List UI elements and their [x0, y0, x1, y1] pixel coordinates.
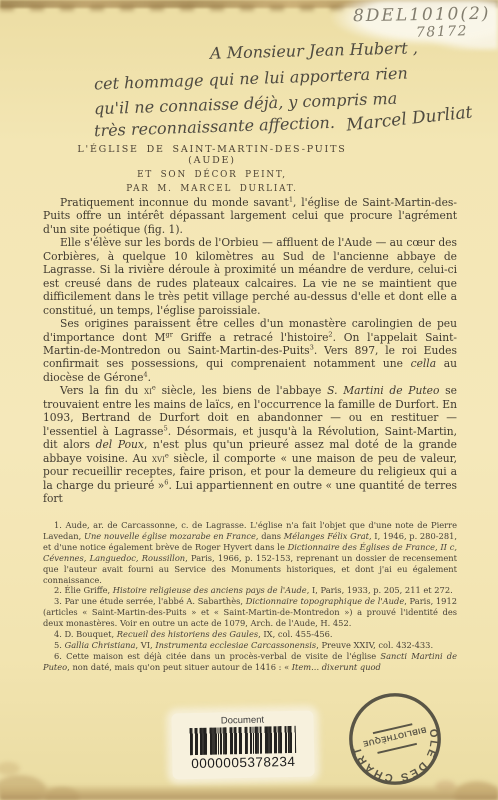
footnote: 3. Par une étude serrée, l'abbé A. Sabar… [43, 596, 457, 629]
shelfmark-line1: 8DEL1010(2) [352, 4, 490, 26]
body-paragraph: Ses origines paraissent être celles d'un… [43, 317, 457, 384]
barcode-number: 0000005378234 [172, 754, 314, 772]
barcode-icon [190, 726, 297, 755]
body-paragraph: Elle s'élève sur les bords de l'Orbieu —… [43, 236, 457, 317]
article-body: Pratiquement inconnue du monde savant1, … [43, 196, 457, 505]
dedication-line3: qu'il ne connaisse déjà, y compris ma [94, 89, 398, 119]
body-paragraph: Vers la fin du xie siècle, les biens de … [43, 384, 457, 505]
footnotes-block: 1. Aude, ar. de Carcassonne, c. de Lagra… [43, 520, 457, 673]
footnote: 1. Aude, ar. de Carcassonne, c. de Lagra… [43, 520, 457, 585]
article-title-line2: ET SON DÉCOR PEINT, [76, 170, 348, 180]
dedication-line1: A Monsieur Jean Hubert , [210, 38, 418, 62]
footnote: 2. Élie Griffe, Histoire religieuse des … [43, 585, 457, 596]
scanned-document-page: 8DEL1010(2) 78172 A Monsieur Jean Hubert… [0, 0, 498, 800]
body-paragraph: Pratiquement inconnue du monde savant1, … [43, 196, 457, 236]
shelfmark-line2: 78172 [416, 23, 469, 41]
article-title-block: L'ÉGLISE DE SAINT-MARTIN-DES-PUITS (AUDE… [76, 144, 348, 194]
barcode-label: Document 0000005378234 [171, 711, 314, 780]
article-title-byline: PAR M. MARCEL DURLIAT. [76, 184, 348, 194]
footnote: 6. Cette maison est déjà citée dans un p… [43, 651, 457, 673]
article-title-line1: L'ÉGLISE DE SAINT-MARTIN-DES-PUITS (AUDE… [76, 144, 348, 166]
footnote: 5. Gallia Christiana, VI, Instrumenta ec… [43, 640, 457, 651]
paper-bottom-edge [0, 784, 498, 800]
footnote: 4. D. Bouquet, Recueil des historiens de… [43, 629, 457, 640]
